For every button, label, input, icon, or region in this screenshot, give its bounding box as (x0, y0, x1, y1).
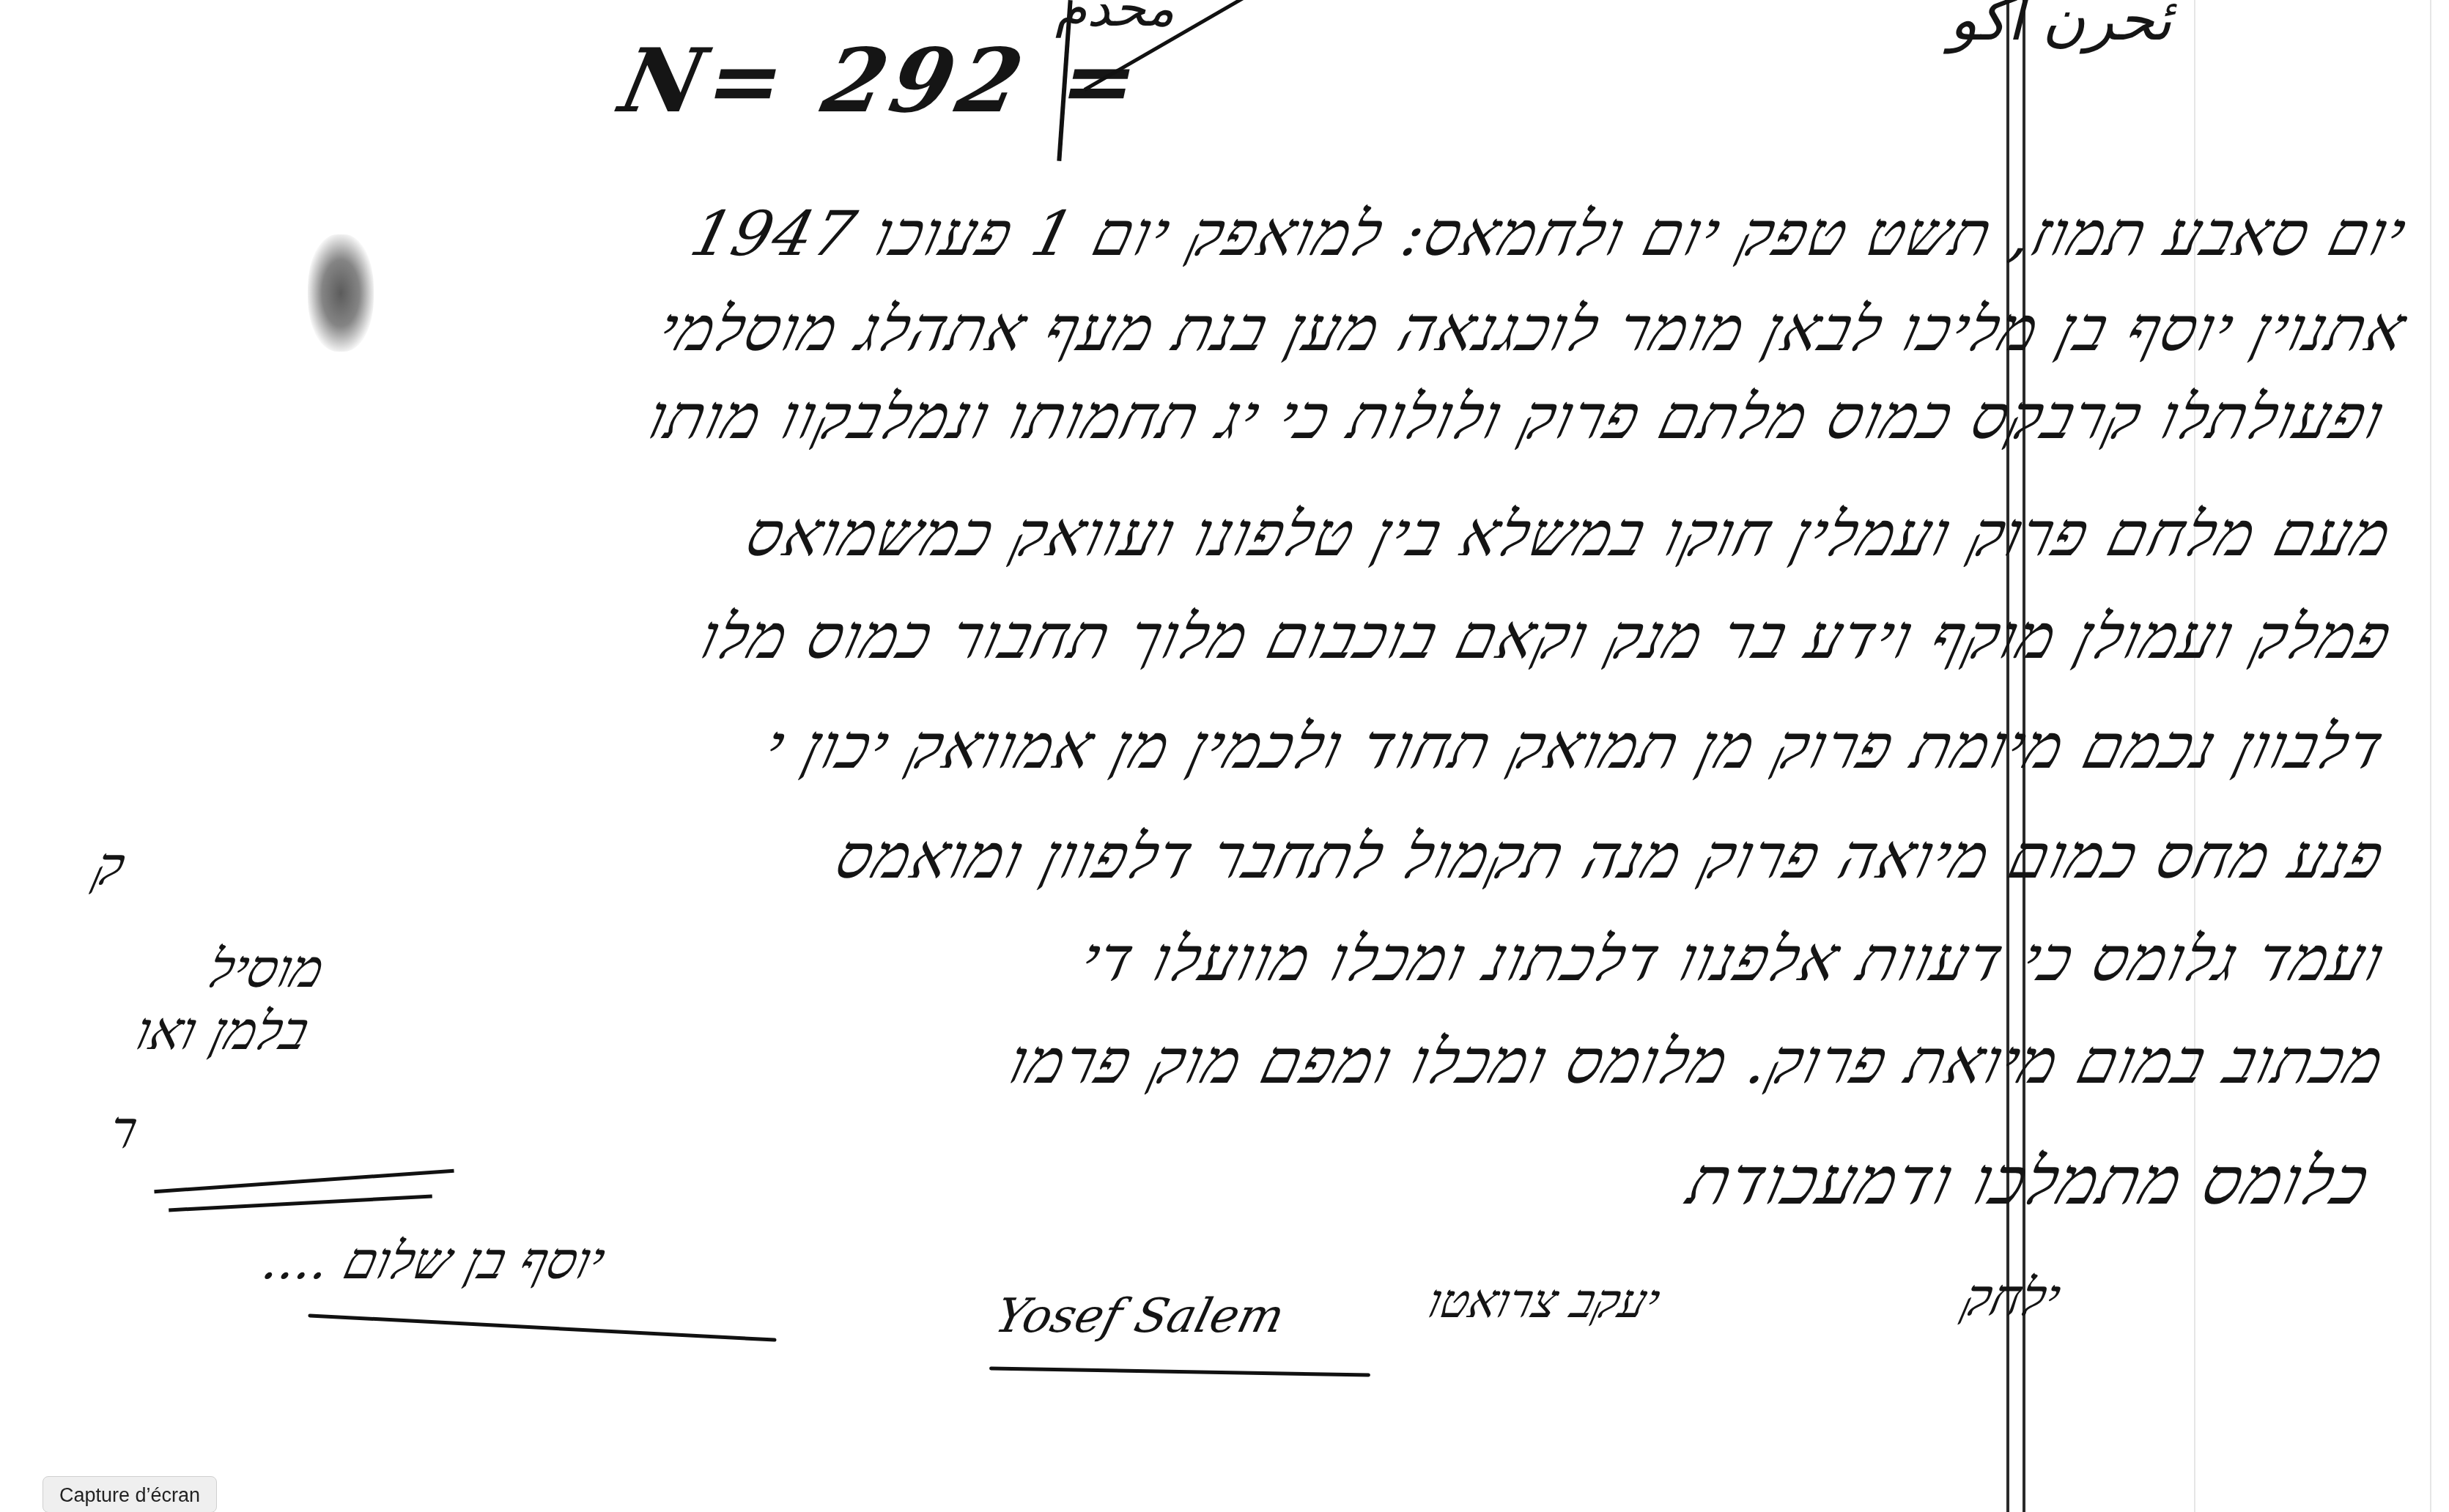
margin-note: מוסיל בלמן ואו (80, 938, 330, 1062)
document-scan: N= 292 = محدم ئحرن اكو יום סאבע תמוז, תש… (0, 0, 2449, 1512)
text-line-5: פמלק ועמולן מוקף וידע בר מנק וקאם בוכבום… (692, 601, 2399, 673)
text-line-3: ופעולתלו קרבקס כמוס מלתם פרוק ולולות כי … (640, 381, 2392, 453)
signature-latin: Yosef Salem (990, 1289, 1290, 1344)
text-line-2: אתנוין יוסף בן מליכו לבאן מומר לוכגנאה מ… (651, 293, 2415, 366)
text-line-9: מכתוב במום מיואת פרוק. מלומס ומכלו ומפם … (1002, 1026, 2393, 1098)
text-line-8: ועמד גלומס כי דעוות אלפנוו דלכתונ ומכלו … (1073, 923, 2392, 996)
text-line-1: יום סאבע תמוז, תשט טפק יום ולחמאס: למואפ… (684, 198, 2415, 270)
signature-hebrew: יעקב צרואטו (1422, 1275, 1666, 1329)
text-line-7: פנע מחס כמום מיואה פרוק מנה תקמול לתחבר … (829, 820, 2392, 893)
signature-right: ילחק (1957, 1267, 2067, 1328)
screenshot-label: Capture d’écran (43, 1476, 217, 1512)
text-line-4: מעם מלחם פרוק ועמלין חוקו במשלא בין טלפו… (739, 498, 2400, 571)
signature-left: יוסף בן שלום .... (256, 1231, 611, 1291)
text-line-10: כלומס מתמלכו ודמעכודת (1680, 1143, 2378, 1220)
text-line-6: דלבוון נכמם מיומת פרוק מן תמואק תחוד ולכ… (758, 711, 2392, 783)
